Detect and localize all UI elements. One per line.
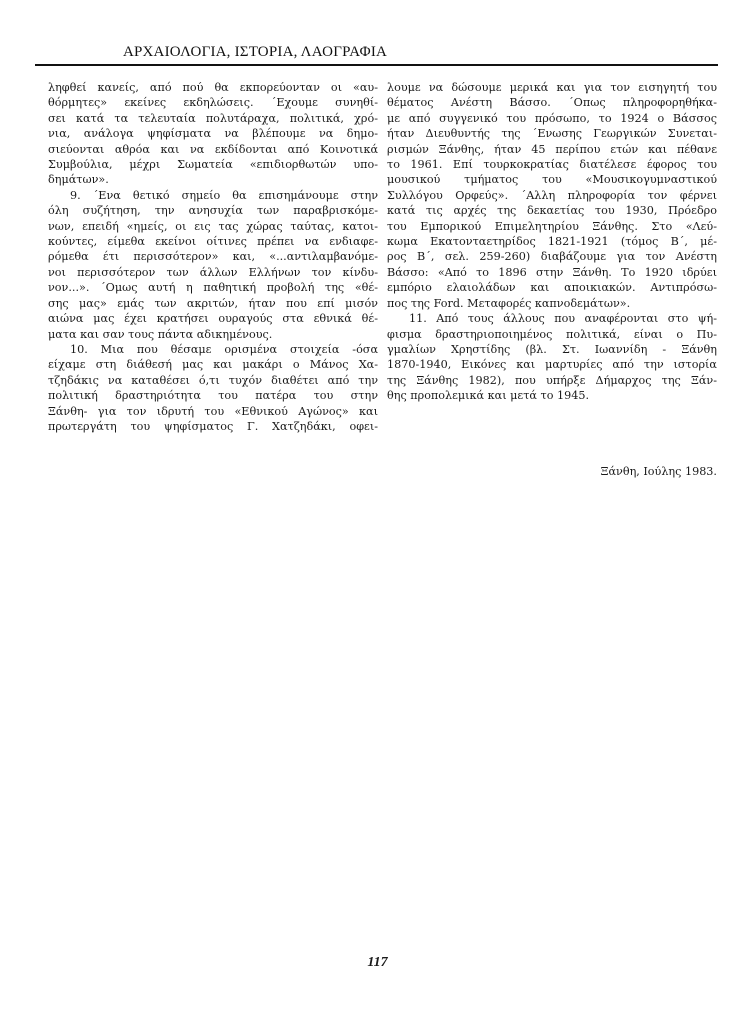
- right-column: λουμε να δώσουμε μερικά και για τον ειση…: [387, 80, 717, 404]
- text-line: όλη συζήτηση, την ανησυχία των παραβρισκ…: [48, 203, 378, 218]
- left-column: ληφθεί κανείς, από πού θα εκπορεύονταν ο…: [48, 80, 378, 434]
- text-line: θέματος Ανέστη Βάσσο. ΄Οπως πληροφορηθήκ…: [387, 95, 717, 110]
- paragraph-11-start: 11. Από τους άλλους που αναφέρονται στο …: [387, 311, 717, 326]
- text-line: εμπόριο ελαιολάδων και αποικιακών. Αντιπ…: [387, 280, 717, 295]
- text-line: θόρμητες» εκείνες εκδηλώσεις. ΄Εχουμε συ…: [48, 95, 378, 110]
- text-line: λουμε να δώσουμε μερικά και για τον ειση…: [387, 80, 717, 95]
- text-line: τζηδάκις να καταθέσει ό,τι τυχόν διαθέτε…: [48, 373, 378, 388]
- text-line: με από συγγενικό του πρόσωπο, το 1924 ο …: [387, 111, 717, 126]
- text-line: πρωτεργάτη του ψηφίσματος Γ. Χατζηδάκι, …: [48, 419, 378, 434]
- text-line: το 1961. Επί τουρκοκρατίας διατέλεσε έφο…: [387, 157, 717, 172]
- text-line: Συμβούλια, μέχρι Σωματεία «επιδιορθωτών …: [48, 157, 378, 172]
- text-line: δημάτων».: [48, 172, 378, 187]
- text-line: σης μας» εμάς των ακριτών, ήταν που επί …: [48, 296, 378, 311]
- text-line: είχαμε στη διάθεσή μας και μακάρι ο Μάνο…: [48, 357, 378, 372]
- text-line: νον...». ΄Ομως αυτή η παθητική προβολή τ…: [48, 280, 378, 295]
- text-line: ρόμεθα έτι περισσότερον» και, «...αντιλα…: [48, 249, 378, 264]
- text-line: σει κατά τα τελευταία πολυτάραχα, πολιτι…: [48, 111, 378, 126]
- text-line: ήταν Διευθυντής της ΄Ενωσης Γεωργικών Συ…: [387, 126, 717, 141]
- text-line: του Εμπορικού Επιμελητηρίου Ξάνθης. Στο …: [387, 219, 717, 234]
- text-line: Βάσσο: «Από το 1896 στην Ξάνθη. Το 1920 …: [387, 265, 717, 280]
- paragraph-9-start: 9. ΄Ενα θετικό σημείο θα επισημάνουμε στ…: [48, 188, 378, 203]
- signoff-place-date: Ξάνθη, Ιούλης 1983.: [387, 465, 717, 478]
- text-line: ληφθεί κανείς, από πού θα εκπορεύονταν ο…: [48, 80, 378, 95]
- text-line: Ξάνθη- για τον ιδρυτή του «Εθνικού Αγώνο…: [48, 404, 378, 419]
- header-rule: [35, 64, 718, 66]
- text-line: γμαλίων Χρηστίδης (βλ. Στ. Ιωαννίδη - Ξά…: [387, 342, 717, 357]
- text-line: 1870-1940, Εικόνες και μαρτυρίες από την…: [387, 357, 717, 372]
- text-line: κούντες, είμεθα εκείνοι οίτινες πρέπει ν…: [48, 234, 378, 249]
- text-line: ματα και σαν τους πάντα αδικημένους.: [48, 327, 378, 342]
- running-header: ΑΡΧΑΙΟΛΟΓΙΑ, ΙΣΤΟΡΙΑ, ΛΑΟΓΡΑΦΙΑ: [35, 44, 475, 61]
- text-line: φισμα δραστηριοποιημένος πολιτικά, είναι…: [387, 327, 717, 342]
- text-line: πολιτική δραστηριότητα του πατέρα του στ…: [48, 388, 378, 403]
- text-line: νων, επειδή «ημείς, οι εις τας χώρας ταύ…: [48, 219, 378, 234]
- text-line: Συλλόγου Ορφεύς». ΄Αλλη πληροφορία τον φ…: [387, 188, 717, 203]
- text-line: κωμα Εκατονταετηρίδος 1821-1921 (τόμος Β…: [387, 234, 717, 249]
- text-line: μουσικού τμήματος του «Μουσικογυμναστικο…: [387, 172, 717, 187]
- text-line: ρισμών Ξάνθης, ήταν 45 περίπου ετών και …: [387, 142, 717, 157]
- text-line: νοι περισσότερον των άλλων Ελλήνων τον κ…: [48, 265, 378, 280]
- text-line: της Ξάνθης 1982), που υπήρξε Δήμαρχος τη…: [387, 373, 717, 388]
- paragraph-10-start: 10. Μια που θέσαμε ορισμένα στοιχεία -όσ…: [48, 342, 378, 357]
- text-line: πος της Ford. Μεταφορές καπνοδεμάτων».: [387, 296, 717, 311]
- page-number: 117: [0, 955, 755, 971]
- text-line: ρος Β΄, σελ. 259-260) διαβάζουμε για τον…: [387, 249, 717, 264]
- text-line: νια, ανάλογα ψηφίσματα να βλέπουμε να δη…: [48, 126, 378, 141]
- text-line: σιεύονται αθρόα και να εκδίδονται από Κο…: [48, 142, 378, 157]
- text-line: θης προπολεμικά και μετά το 1945.: [387, 388, 717, 403]
- text-line: κατά τις αρχές της δεκαετίας του 1930, Π…: [387, 203, 717, 218]
- text-line: αιώνα μας έχει κρατήσει ουραγούς στα εθν…: [48, 311, 378, 326]
